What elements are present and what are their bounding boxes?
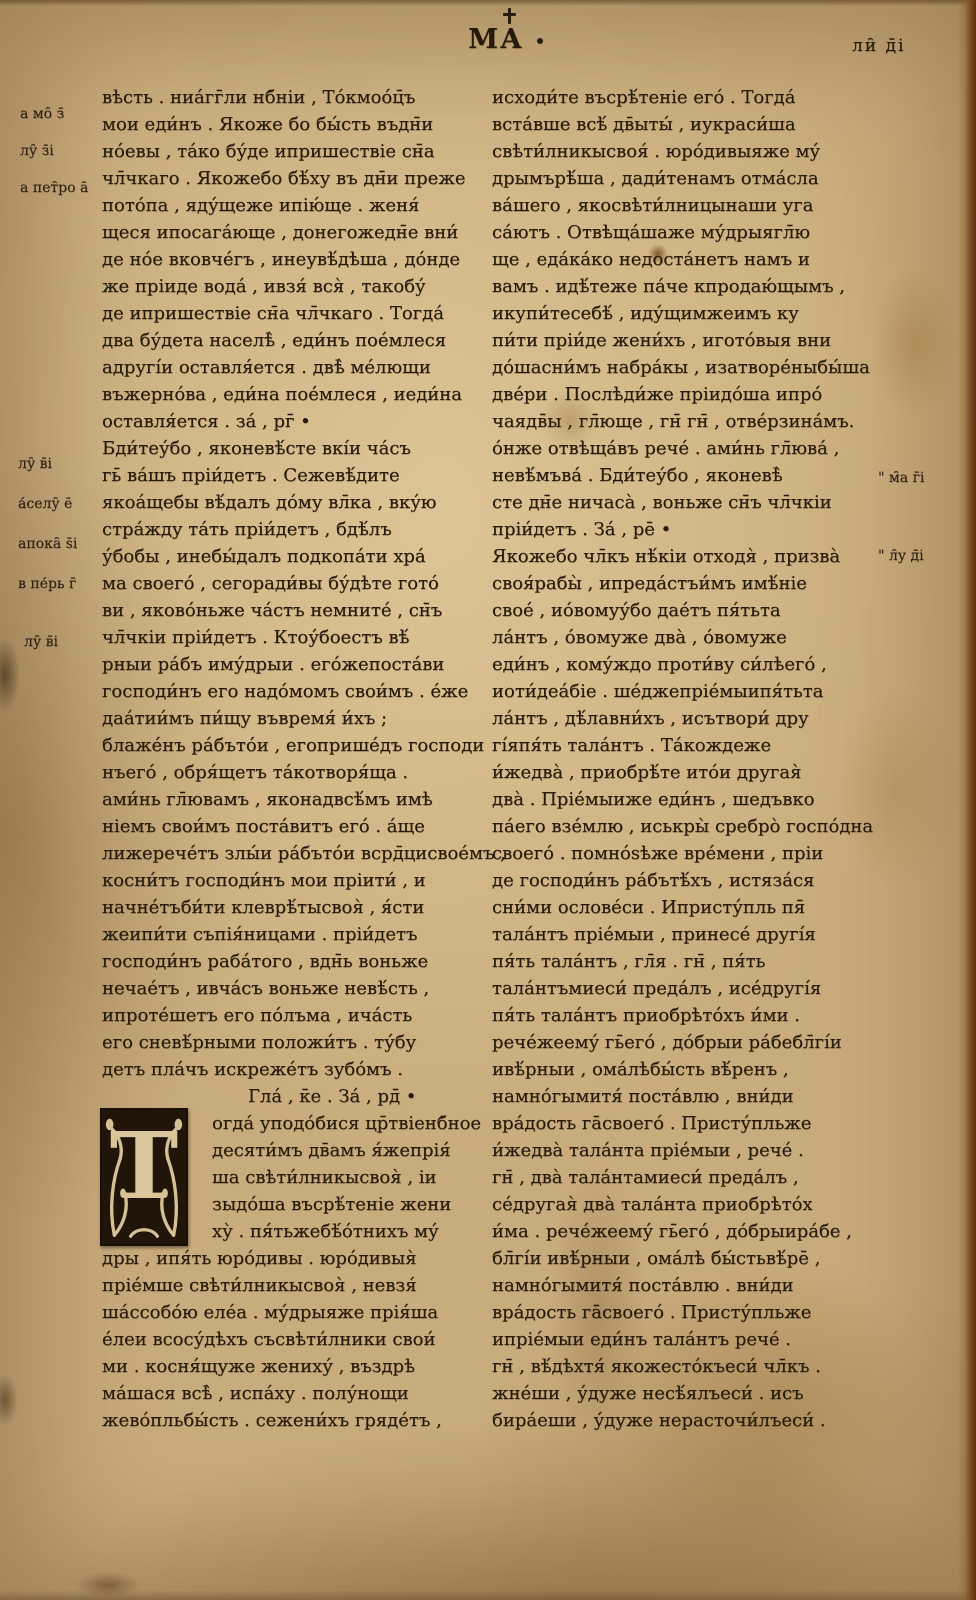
text-line: чл̄чкіи пріи́детъ . Ктоу́боестъ вѣ́ [102, 624, 482, 651]
text-line: два бу́дета населѣ̀ , еди́нъ пое́млеся [102, 327, 482, 354]
text-line: и́жедва̀ , приобрѣ́те ито́и другая̀ [492, 759, 922, 786]
text-line: са́ютъ . Отвѣща́шаже му́дрыягл̄ю [492, 219, 922, 246]
margin-note-references: лу̑ в̄і [24, 630, 58, 654]
text-line: но́евы , та́ко бу́де ипришествіе сн̄а [102, 138, 482, 165]
margin-reference: лу̑ в̄і [24, 630, 58, 654]
text-line: его сневѣ́рными положи́тъ . ту́бу [102, 1029, 482, 1056]
cross-ornament-icon [502, 8, 516, 24]
margin-reference: лу̑ в̄і [18, 444, 77, 484]
text-line: гн̄ , вѣ́дѣхтя́ якожесто́къеси́ чл̄къ . [492, 1353, 922, 1380]
text-line: чл̄чкаго . Якожебо бѣ́ху въ дн̄и преже [102, 165, 482, 192]
text-line: де ипришествіе сн̄а чл̄чкаго . Тогда́ [102, 300, 482, 327]
text-line: стра́жду та́ть пріи́детъ , бдѣ́лъ [102, 516, 482, 543]
margin-reference: " м̑а г̄і [878, 466, 924, 490]
book-page: МА• ли̑ д̄і вѣсть . ниа́гг̄ли нб̄ніи , Т… [0, 0, 976, 1600]
text-line: тала́нтъмиеси́ преда́лъ , исе́другі́я [492, 975, 922, 1002]
text-line: щеся ипосага́юще , донегожедн̄е вни́ [102, 219, 482, 246]
text-line: невѣ́мъва́ . Бди́теу́бо , яконевѣ̀ [492, 462, 922, 489]
text-line: ла́нтъ , о́вомуже два̀ , о́вомуже [492, 624, 922, 651]
margin-reference: а пет̑ро а̄ [20, 170, 88, 207]
text-line: пото́па , яду́щеже ипію́ще . женя́ [102, 192, 482, 219]
ink-stain [0, 638, 20, 712]
text-line: ви , яково́ньже ча́стъ немните́ , сн̄ъ [102, 597, 482, 624]
text-line: па́его взе́млю , иськры̀ сребро̀ госпо́д… [492, 813, 922, 840]
text-line: мои еди́нъ . Якоже бо бы́сть въдн̄и [102, 111, 482, 138]
text-line: намно́гымитя́ поста́влю , вни́ди [492, 1083, 922, 1110]
text-line: иоти́деа́біе . ше́джепріе́мыипя́тьта [492, 678, 922, 705]
text-line: адругі́и оставля́ется . двѣ̀ ме́лющи [102, 354, 482, 381]
margin-reference: " л̑у д̄і [878, 544, 924, 568]
running-title: МА [468, 24, 524, 55]
text-line: жне́ши , у́дуже несѣ́ялъеси́ . исъ [492, 1380, 922, 1407]
text-line: лижерече́тъ злы́и ра́бъто́и всрд̄цисвое́… [102, 840, 482, 867]
page-top-edge [0, 0, 976, 6]
margin-note-references: лу̑ в̄іа́селу̑ е̄апока̑ ѕ̄ів пе́рь г̄ [18, 444, 77, 604]
text-line: ипріе́мыи еди́нъ тала́нтъ рече́ . [492, 1326, 922, 1353]
text-line: де но́е вковче́гъ , инеувѣ́дѣша , до́нде [102, 246, 482, 273]
margin-reference: а мо̑ з̄ [20, 96, 88, 133]
margin-note-references: " м̑а г̄і [878, 466, 924, 490]
text-line: де господи́нъ ра́бътѣ́хъ , истяза́ся [492, 867, 922, 894]
margin-note-references: " л̑у д̄і [878, 544, 924, 568]
text-line: вамъ . идѣ́теже па́че кпродаю́щымъ , [492, 273, 922, 300]
text-line: о́нже отвѣща́въ рече́ . ами́нь гл̄юва́ , [492, 435, 922, 462]
binding-edge [958, 0, 976, 1600]
folio-number: ли̑ д̄і [852, 36, 905, 56]
text-line: блаже́нъ ра́бъто́и , егоприше́дъ господи [102, 732, 482, 759]
text-line: чаядв̄ы , гл̄юще , гн̄ гн̄ , отве́рзина́… [492, 408, 922, 435]
text-line: две́ри . Послѣди́же пріидо́ша ипро́ [492, 381, 922, 408]
text-line: детъ пла́чъ искреже́тъ зубо́мъ . [102, 1056, 482, 1083]
text-line: своя́рабы̀ , ипреда́стъи́мъ имѣ́ніе [492, 570, 922, 597]
text-line: пя́ть тала́нтъ приобрѣто́хъ и́ми . [492, 1002, 922, 1029]
text-line: ма́шася всѣ̀ , испа́ху . полу́нощи [102, 1380, 482, 1407]
text-line: вра́дость га̄своего́ . Присту́пльже [492, 1299, 922, 1326]
text-line: косни́тъ господи́нъ мои пріити́ , и [102, 867, 482, 894]
text-line: нъего́ , обря́щетъ та́котворя́ща . [102, 759, 482, 786]
text-line: рныи ра́бъ иму́дрыи . его́жепоста́ви [102, 651, 482, 678]
margin-note-references: а мо̑ з̄лу̑ з̄іа пет̑ро а̄ [20, 96, 88, 207]
text-line: бл̄гі́и ивѣ́рныи , ома́лѣ бы́стьвѣ́ре̄ , [492, 1245, 922, 1272]
text-line: пріи́детъ . За́ , ре̄ • [492, 516, 922, 543]
right-text-column: исходи́те въсрѣ́теніе его́ . Тогда́вста́… [492, 84, 922, 1434]
text-line: оставля́ется . за́ , рг̄ • [102, 408, 482, 435]
text-line: и́жедва̀ тала́нта пріе́мыи , рече́ . [492, 1137, 922, 1164]
text-line: гн̄ , два̀ тала́нтамиеси́ преда́лъ , [492, 1164, 922, 1191]
text-line: свѣти́лникысвоя́ . юро́дивыяже му́ [492, 138, 922, 165]
text-line: ивѣ́рныи , ома́лѣбы́сть вѣ́ренъ , [492, 1056, 922, 1083]
text-line: нечае́тъ , ивча́съ воньже невѣ́сть , [102, 975, 482, 1002]
text-line: ами́нь гл̄ювамъ , яконадвсѣ́мъ имѣ [102, 786, 482, 813]
text-line: рече́жеему́ гь̄его́ , до́брыи ра́бебл̄гі… [492, 1029, 922, 1056]
text-line: господи́нъ его надо́момъ свои́мъ . е́же [102, 678, 482, 705]
text-line: исходи́те въсрѣ́теніе его́ . Тогда́ [492, 84, 922, 111]
text-line: жево́пльбы́сть . сежени́хъ гряде́тъ , [102, 1407, 482, 1434]
page-bottom-edge [0, 1590, 976, 1600]
text-line: дрымърѣ́ша , дади́тенамъ отма́сла [492, 165, 922, 192]
text-line: даа́тии́мъ пи́щу въвремя́ и́хъ ; [102, 705, 482, 732]
text-line: ша́ссобо́ю еле́а . му́дрыяже прія́ша [102, 1299, 482, 1326]
text-line: два̀ . Пріе́мыиже еди́нъ , шедъвко [492, 786, 922, 813]
text-line: намно́гымитя́ поста́влю . вни́ди [492, 1272, 922, 1299]
text-line: же пріиде вода́ , ивзя́ вся̀ , такобу́ [102, 273, 482, 300]
text-line: ніемъ свои́мъ поста́витъ его́ . а́ще [102, 813, 482, 840]
text-line: жеипи́ти съпія́ницами . пріи́детъ [102, 921, 482, 948]
text-line: Гла́ , к̄е . За́ , рд̄ • [102, 1083, 482, 1110]
text-line: господи́нъ раба́того , вдн̄ь воньже [102, 948, 482, 975]
text-line: якоа́щебы вѣ́далъ до́му вл̄ка , вку́ю [102, 489, 482, 516]
margin-reference: апока̑ ѕ̄і [18, 524, 77, 564]
margin-reference: лу̑ з̄і [20, 133, 88, 170]
text-line: въжерно́ва , еди́на пое́млеся , иеди́на [102, 381, 482, 408]
text-line: ма своего́ , сегоради́вы бу́дѣте гото́ [102, 570, 482, 597]
text-line: у́бобы , инебы́далъ подкопа́ти хра́ [102, 543, 482, 570]
text-line: еди́нъ , кому́ждо проти́ву си́лѣего́ , [492, 651, 922, 678]
text-line: гі́япя́ть тала́нтъ . Та́кождеже [492, 732, 922, 759]
text-line: Якожебо чл̄къ нѣ́кіи отходя̀ , призва̀ [492, 543, 922, 570]
initial-letter: Т [102, 1118, 186, 1215]
text-line: свое́ , ио́вомуу́бо дае́тъ пя́тьта [492, 597, 922, 624]
header-separator-dot: • [534, 29, 546, 53]
text-line: сте дн̄е ничаса̀ , воньже сн̄ъ чл̄чкіи [492, 489, 922, 516]
text-line: икупи́тесебѣ́ , иду́щимжеимъ ку [492, 300, 922, 327]
text-line: ипроте́шетъ его по́лъма , ича́сть [102, 1002, 482, 1029]
text-line: бира́еши , у́дуже нерасточи́лъеси́ . [492, 1407, 922, 1434]
text-line: вѣсть . ниа́гг̄ли нб̄ніи , То́кмоо́ц̄ъ [102, 84, 482, 111]
text-line: Бди́теу́бо , яконевѣ́сте вкі́и ча́съ [102, 435, 482, 462]
text-line: до́шасни́мъ набра́кы , изатворе́ныбы́ша [492, 354, 922, 381]
text-line: вра́дость га̄своего́ . Присту́пльже [492, 1110, 922, 1137]
running-header: МА• [452, 24, 562, 55]
margin-reference: а́селу̑ е̄ [18, 484, 77, 524]
text-line: се́другая̀ два̀ тала́нта приобрѣто́х [492, 1191, 922, 1218]
text-line: ва́шего , якосвѣти́лницынаши уга [492, 192, 922, 219]
margin-reference: в пе́рь г̄ [18, 564, 77, 604]
text-line: вста́вше всѣ́ дв̄ыты́ , иукраси́ша [492, 111, 922, 138]
text-line: тала́нтъ пріе́мыи , принесе́ другі́я [492, 921, 922, 948]
text-line: е́леи всосу́дѣхъ съсвѣти́лники свои́ [102, 1326, 482, 1353]
text-line: ла́нтъ , дѣ́лавни́хъ , исътвори́ дру [492, 705, 922, 732]
text-line: и́ма . рече́жеему́ гь̄его́ , до́брыира́б… [492, 1218, 922, 1245]
text-line: пріе́мше свѣти́лникысвоя̀ , невзя́ [102, 1272, 482, 1299]
text-line: дры , ипя́ть юро́дивы . юро́дивыя̀ [102, 1245, 482, 1272]
text-line: гь̄ ва́шъ пріи́детъ . Сежевѣ́дите [102, 462, 482, 489]
text-line: своего́ . помно́ѕѣже вре́мени , пріи [492, 840, 922, 867]
ornamental-initial-woodcut: Т [100, 1108, 188, 1246]
text-line: ми . косня́щуже жениху́ , въздрѣ [102, 1353, 482, 1380]
text-line: пя́ть тала́нтъ , гл̄я . гн̄ , пя́ть [492, 948, 922, 975]
text-line: сни́ми ослове́си . Ипристу́пль пя̄ [492, 894, 922, 921]
text-line: начне́тъби́ти клеврѣ́тысвоя̀ , я́сти [102, 894, 482, 921]
text-line: пи́ти пріи́де жени́хъ , игото́выя вни [492, 327, 922, 354]
text-line: ще , еда́ка́ко недоста́нетъ намъ и [492, 246, 922, 273]
ink-stain [0, 1374, 18, 1426]
